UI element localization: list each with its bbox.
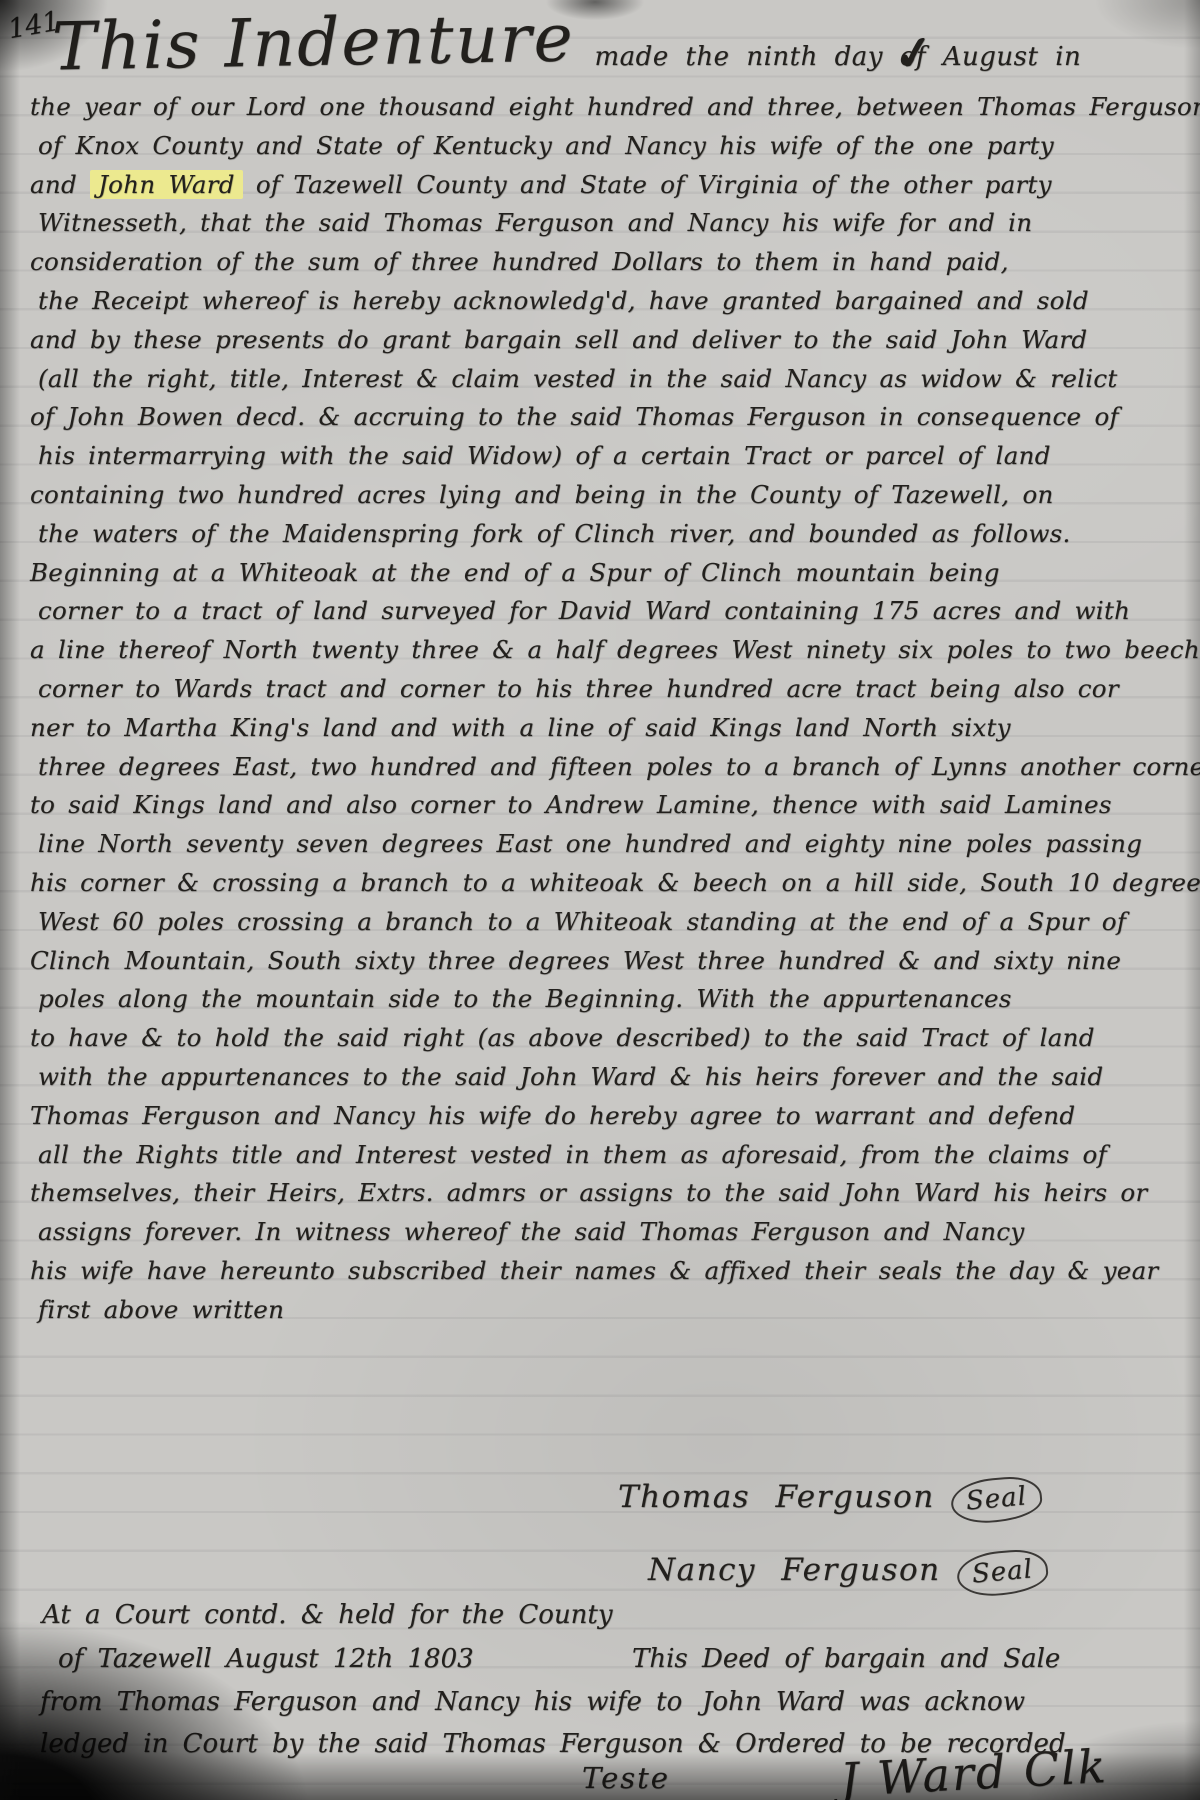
manuscript-line: Clinch Mountain, South sixty three degre… xyxy=(30,946,1121,975)
manuscript-line: all the Rights title and Interest vested… xyxy=(38,1140,1107,1169)
deed-title-continuation: made the ninth day of August in xyxy=(595,42,1082,72)
manuscript-line: his wife have hereunto subscribed their … xyxy=(30,1256,1159,1285)
manuscript-text: three degrees East, two hundred and fift… xyxy=(38,752,1200,781)
manuscript-line: to said Kings land and also corner to An… xyxy=(30,790,1112,819)
manuscript-text: his wife have hereunto subscribed their … xyxy=(30,1256,1159,1285)
manuscript-text: corner to a tract of land surveyed for D… xyxy=(38,596,1130,625)
signer-name: Thomas Ferguson xyxy=(618,1479,935,1515)
deed-title: This Indenture xyxy=(51,0,575,86)
manuscript-line: ner to Martha King's land and with a lin… xyxy=(30,713,1011,742)
deed-heading: This Indenture made the ninth day of Aug… xyxy=(52,4,1081,81)
manuscript-text: poles along the mountain side to the Beg… xyxy=(38,984,1012,1013)
signature-thomas-ferguson: Thomas FergusonSeal xyxy=(618,1478,1042,1522)
manuscript-text: with the appurtenances to the said John … xyxy=(38,1062,1103,1091)
signature-nancy-ferguson: Nancy FergusonSeal xyxy=(648,1551,1048,1595)
manuscript-text: West 60 poles crossing a branch to a Whi… xyxy=(38,907,1126,936)
manuscript-text: to said Kings land and also corner to An… xyxy=(30,790,1112,819)
manuscript-line: of Knox County and State of Kentucky and… xyxy=(38,131,1054,160)
manuscript-text: (all the right, title, Interest & claim … xyxy=(38,364,1118,393)
manuscript-text: themselves, their Heirs, Extrs. admrs or… xyxy=(30,1178,1148,1207)
manuscript-line: a line thereof North twenty three & a ha… xyxy=(30,635,1200,664)
manuscript-text: and by these presents do grant bargain s… xyxy=(30,325,1087,354)
manuscript-text: line North seventy seven degrees East on… xyxy=(38,829,1142,858)
manuscript-text: Witnesseth, that the said Thomas Ferguso… xyxy=(38,208,1032,237)
manuscript-line: first above written xyxy=(38,1295,284,1324)
manuscript-line: the Receipt whereof is hereby acknowledg… xyxy=(38,286,1089,315)
manuscript-text: first above written xyxy=(38,1295,284,1324)
manuscript-line: of John Bowen decd. & accruing to the sa… xyxy=(30,402,1119,431)
manuscript-text: the waters of the Maidenspring fork of C… xyxy=(38,519,1071,548)
manuscript-line: to have & to hold the said right (as abo… xyxy=(30,1023,1095,1052)
manuscript-text: a line thereof North twenty three & a ha… xyxy=(30,635,1200,664)
manuscript-text: his corner & crossing a branch to a whit… xyxy=(30,868,1200,897)
manuscript-text: consideration of the sum of three hundre… xyxy=(30,247,1009,276)
manuscript-line: his corner & crossing a branch to a whit… xyxy=(30,868,1200,897)
manuscript-text: Thomas Ferguson and Nancy his wife do he… xyxy=(30,1101,1075,1130)
manuscript-line: West 60 poles crossing a branch to a Whi… xyxy=(38,907,1126,936)
highlighted-name: John Ward xyxy=(90,170,243,199)
manuscript-line: Witnesseth, that the said Thomas Ferguso… xyxy=(38,208,1032,237)
seal-badge: Seal xyxy=(955,1547,1050,1599)
manuscript-text: containing two hundred acres lying and b… xyxy=(30,480,1054,509)
manuscript-text: of Tazewell County and State of Virginia… xyxy=(243,170,1052,199)
manuscript-line: the waters of the Maidenspring fork of C… xyxy=(38,519,1071,548)
court-record-line-3-left: from Thomas Ferguson and Nancy his wife … xyxy=(40,1687,682,1717)
manuscript-line: themselves, their Heirs, Extrs. admrs or… xyxy=(30,1178,1148,1207)
manuscript-line: the year of our Lord one thousand eight … xyxy=(30,92,1200,121)
court-record-line-2-right: This Deed of bargain and Sale xyxy=(632,1644,1060,1674)
manuscript-line: poles along the mountain side to the Beg… xyxy=(38,984,1012,1013)
document-page: 141 ✓ This Indenture made the ninth day … xyxy=(0,0,1200,1800)
manuscript-line: corner to a tract of land surveyed for D… xyxy=(38,596,1130,625)
manuscript-line: and John Ward of Tazewell County and Sta… xyxy=(30,170,1052,199)
manuscript-line: three degrees East, two hundred and fift… xyxy=(38,752,1200,781)
court-record-line-1: At a Court contd. & held for the County xyxy=(42,1600,613,1630)
attestation-label: Teste xyxy=(582,1761,670,1795)
manuscript-line: line North seventy seven degrees East on… xyxy=(38,829,1142,858)
manuscript-text: Clinch Mountain, South sixty three degre… xyxy=(30,946,1121,975)
manuscript-text: to have & to hold the said right (as abo… xyxy=(30,1023,1095,1052)
manuscript-line: Beginning at a Whiteoak at the end of a … xyxy=(30,558,1000,587)
manuscript-line: containing two hundred acres lying and b… xyxy=(30,480,1054,509)
manuscript-text: ner to Martha King's land and with a lin… xyxy=(30,713,1011,742)
manuscript-text: the Receipt whereof is hereby acknowledg… xyxy=(38,286,1089,315)
manuscript-line: (all the right, title, Interest & claim … xyxy=(38,364,1118,393)
court-record-line-3-right: John Ward was acknow xyxy=(702,1687,1025,1717)
manuscript-line: consideration of the sum of three hundre… xyxy=(30,247,1009,276)
manuscript-text: and xyxy=(30,170,90,199)
seal-badge: Seal xyxy=(949,1474,1044,1526)
manuscript-text: the year of our Lord one thousand eight … xyxy=(30,92,1200,121)
manuscript-line: and by these presents do grant bargain s… xyxy=(30,325,1087,354)
manuscript-text: corner to Wards tract and corner to his … xyxy=(38,674,1119,703)
manuscript-text: of Knox County and State of Kentucky and… xyxy=(38,131,1054,160)
manuscript-line: assigns forever. In witness whereof the … xyxy=(38,1217,1024,1246)
manuscript-line: his intermarrying with the said Widow) o… xyxy=(38,441,1051,470)
court-record-line-2-left: of Tazewell August 12th 1803 xyxy=(58,1644,474,1674)
signer-name: Nancy Ferguson xyxy=(648,1552,941,1588)
manuscript-text: assigns forever. In witness whereof the … xyxy=(38,1217,1024,1246)
manuscript-text: of John Bowen decd. & accruing to the sa… xyxy=(30,402,1119,431)
manuscript-text: Beginning at a Whiteoak at the end of a … xyxy=(30,558,1000,587)
manuscript-line: with the appurtenances to the said John … xyxy=(38,1062,1103,1091)
manuscript-line: Thomas Ferguson and Nancy his wife do he… xyxy=(30,1101,1075,1130)
manuscript-line: corner to Wards tract and corner to his … xyxy=(38,674,1119,703)
manuscript-text: his intermarrying with the said Widow) o… xyxy=(38,441,1051,470)
manuscript-text: all the Rights title and Interest vested… xyxy=(38,1140,1107,1169)
